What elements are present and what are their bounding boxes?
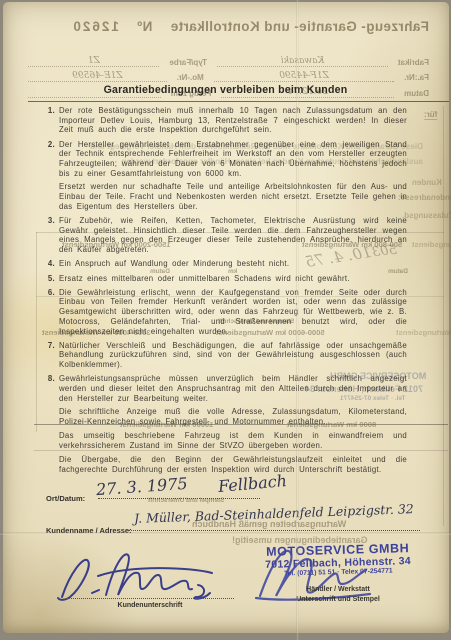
term-number: 2. xyxy=(44,140,55,212)
term-text: Für Zubehör, wie Reifen, Ketten, Tachome… xyxy=(59,216,407,255)
term-text: Ein Anspruch auf Wandlung oder Minderung… xyxy=(59,259,407,269)
kundenunterschrift-label: Kundenunterschrift xyxy=(66,602,234,609)
term-text: Gewährleistungsansprüche müssen unverzüg… xyxy=(59,374,407,427)
term-number: 6. xyxy=(44,288,55,337)
term-number: 8. xyxy=(44,374,55,427)
term-8: 8. Gewährleistungsansprüche müssen unver… xyxy=(44,374,407,427)
term-6: 6. Die Gewährleistung erlischt, wenn der… xyxy=(44,288,407,337)
term-3: 3. Für Zubehör, wie Reifen, Ketten, Tach… xyxy=(44,216,407,255)
kundenname-line xyxy=(128,530,420,531)
term-7: 7. Natürlicher Verschleiß und Beschädigu… xyxy=(44,341,407,370)
kundenname-handwriting: J. Müller, Bad-Steinhaldenfeld Leipzigst… xyxy=(134,501,414,526)
warranty-terms: 1. Der rote Bestätigungsschein muß inner… xyxy=(44,106,407,479)
term-text-p1: Gewährleistungsansprüche müssen unverzüg… xyxy=(59,374,407,402)
term-text-p2: Ersetzt werden nur schadhafte Teile und … xyxy=(59,182,407,211)
term-2: 2. Der Hersteller gewährleistet dem Erst… xyxy=(44,140,407,212)
term-4: 4. Ein Anspruch auf Wandlung oder Minder… xyxy=(44,259,407,269)
dealer-signature xyxy=(248,544,378,602)
dealer-label-1: Händler / Werkstatt xyxy=(238,586,438,593)
term-text: Der rote Bestätigungsschein muß innerhal… xyxy=(59,106,407,135)
term-number: 1. xyxy=(44,106,55,135)
front-layer: Garantiebedingungen verbleiben beim Kund… xyxy=(0,0,451,640)
term-text: Natürlicher Verschleiß und Beschädigunge… xyxy=(59,341,407,370)
term-5: 5. Ersatz eines mittelbaren oder unmitte… xyxy=(44,274,407,284)
vertical-crease xyxy=(296,0,299,640)
term-number: 5. xyxy=(44,274,55,284)
ort-datum-label: Ort/Datum: xyxy=(46,494,85,503)
term-text-p2: Die schriftliche Anzeige muß die volle A… xyxy=(59,407,407,426)
horizontal-crease xyxy=(0,532,451,535)
term-number: 7. xyxy=(44,341,55,370)
term-1: 1. Der rote Bestätigungsschein muß inner… xyxy=(44,106,407,135)
top-rule xyxy=(28,101,449,102)
closing-paragraph-1: Das umseitig beschriebene Fahrzeug ist d… xyxy=(44,431,407,450)
page-title: Garantiebedingungen verbleiben beim Kund… xyxy=(0,84,451,96)
scanned-warranty-card: { "bleed": { "card_title": "Fahrzeug- Ga… xyxy=(0,0,451,640)
term-text-p1: Der Hersteller gewährleistet dem Erstabn… xyxy=(59,140,407,178)
term-number: 4. xyxy=(44,259,55,269)
closing-paragraph-2: Die Übergabe, die den Beginn der Gewährl… xyxy=(44,455,407,474)
term-text: Der Hersteller gewährleistet dem Erstabn… xyxy=(59,140,407,212)
kundenunterschrift-line xyxy=(66,598,234,599)
term-text: Die Gewährleistung erlischt, wenn der Ka… xyxy=(59,288,407,337)
term-number: 3. xyxy=(44,216,55,255)
dealer-label-2: Unterschrift und Stempel xyxy=(238,596,438,603)
term-text: Ersatz eines mittelbaren oder unmittelba… xyxy=(59,274,407,284)
ort-datum-line xyxy=(98,498,260,499)
